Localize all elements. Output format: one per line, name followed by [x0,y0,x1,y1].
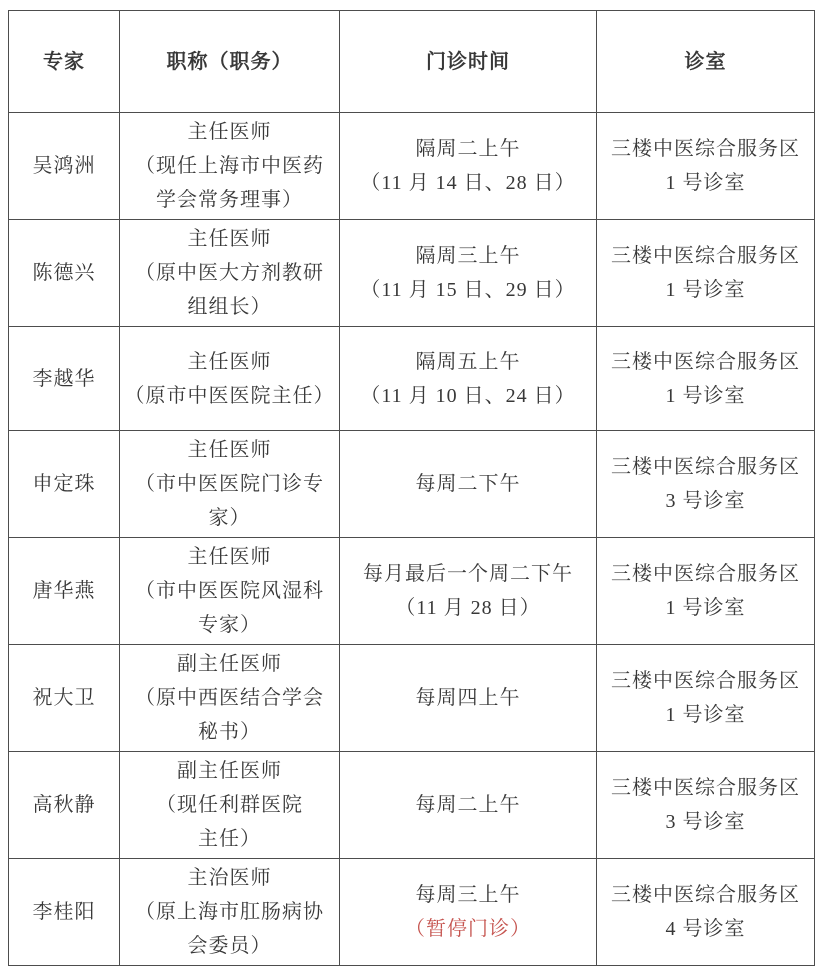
time-cell: 隔周二上午 （11 月 14 日、28 日） [340,113,597,220]
table-row: 高秋静 副主任医师 （现任利群医院 主任） 每周二上午 三楼中医综合服务区 3 … [9,752,815,859]
table-row: 陈德兴 主任医师 （原中医大方剂教研 组组长） 隔周三上午 （11 月 15 日… [9,220,815,327]
time-cell: 每周三上午 （暂停门诊） [340,859,597,966]
room-cell: 三楼中医综合服务区 1 号诊室 [597,327,815,431]
expert-name-cell: 唐华燕 [9,538,120,645]
room-cell: 三楼中医综合服务区 1 号诊室 [597,645,815,752]
table-row: 申定珠 主任医师 （市中医医院门诊专 家） 每周二下午 三楼中医综合服务区 3 … [9,431,815,538]
time-suspended-note: （暂停门诊） [405,918,531,940]
column-header-time: 门诊时间 [340,11,597,113]
table-row: 祝大卫 副主任医师 （原中西医结合学会 秘书） 每周四上午 三楼中医综合服务区 … [9,645,815,752]
header-row: 专家 职称（职务） 门诊时间 诊室 [9,11,815,113]
time-cell: 隔周五上午 （11 月 10 日、24 日） [340,327,597,431]
column-header-expert: 专家 [9,11,120,113]
time-cell: 每周二下午 [340,431,597,538]
room-cell: 三楼中医综合服务区 3 号诊室 [597,752,815,859]
expert-name-cell: 吴鸿洲 [9,113,120,220]
room-cell: 三楼中医综合服务区 3 号诊室 [597,431,815,538]
room-cell: 三楼中医综合服务区 1 号诊室 [597,220,815,327]
table-row: 李越华 主任医师 （原市中医医院主任） 隔周五上午 （11 月 10 日、24 … [9,327,815,431]
title-cell: 主任医师 （原中医大方剂教研 组组长） [120,220,340,327]
title-cell: 主治医师 （原上海市肛肠病协 会委员） [120,859,340,966]
time-cell: 每周四上午 [340,645,597,752]
title-cell: 副主任医师 （现任利群医院 主任） [120,752,340,859]
room-cell: 三楼中医综合服务区 1 号诊室 [597,538,815,645]
table-row: 吴鸿洲 主任医师 （现任上海市中医药 学会常务理事） 隔周二上午 （11 月 1… [9,113,815,220]
doctor-schedule-table: 专家 职称（职务） 门诊时间 诊室 吴鸿洲 主任医师 （现任上海市中医药 学会常… [8,10,815,966]
table-row: 唐华燕 主任医师 （市中医医院风湿科 专家） 每月最后一个周二下午 （11 月 … [9,538,815,645]
time-text: 每周三上午 [416,884,521,906]
title-cell: 主任医师 （市中医医院风湿科 专家） [120,538,340,645]
expert-name-cell: 李越华 [9,327,120,431]
title-cell: 主任医师 （原市中医医院主任） [120,327,340,431]
title-cell: 副主任医师 （原中西医结合学会 秘书） [120,645,340,752]
time-cell: 每周二上午 [340,752,597,859]
expert-name-cell: 申定珠 [9,431,120,538]
title-cell: 主任医师 （现任上海市中医药 学会常务理事） [120,113,340,220]
table-row: 李桂阳 主治医师 （原上海市肛肠病协 会委员） 每周三上午 （暂停门诊） 三楼中… [9,859,815,966]
title-cell: 主任医师 （市中医医院门诊专 家） [120,431,340,538]
time-cell: 隔周三上午 （11 月 15 日、29 日） [340,220,597,327]
expert-name-cell: 祝大卫 [9,645,120,752]
doctor-schedule-page: 专家 职称（职务） 门诊时间 诊室 吴鸿洲 主任医师 （现任上海市中医药 学会常… [0,0,829,953]
time-cell: 每月最后一个周二下午 （11 月 28 日） [340,538,597,645]
room-cell: 三楼中医综合服务区 1 号诊室 [597,113,815,220]
expert-name-cell: 陈德兴 [9,220,120,327]
room-cell: 三楼中医综合服务区 4 号诊室 [597,859,815,966]
column-header-room: 诊室 [597,11,815,113]
column-header-title: 职称（职务） [120,11,340,113]
expert-name-cell: 李桂阳 [9,859,120,966]
expert-name-cell: 高秋静 [9,752,120,859]
